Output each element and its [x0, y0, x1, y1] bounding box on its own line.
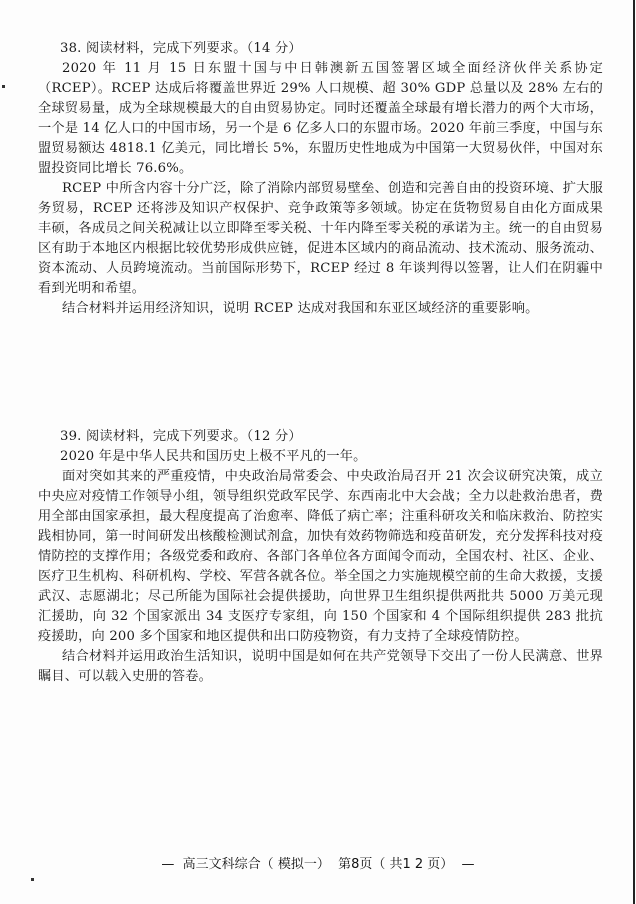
question-38: 38. 阅读材料，完成下列要求。（14 分） 2020 年 11 月 15 日东… — [38, 39, 603, 319]
exam-page: 38. 阅读材料，完成下列要求。（14 分） 2020 年 11 月 15 日东… — [0, 0, 636, 904]
question-39-intro: 2020 年是中华人民共和国历史上极不平凡的一年。 — [38, 447, 603, 467]
question-38-title: 38. 阅读材料，完成下列要求。（14 分） — [38, 39, 603, 59]
scan-edge-line — [633, 0, 635, 904]
scan-speck — [31, 878, 34, 881]
scan-speck — [2, 85, 5, 88]
question-38-prompt: 结合材料并运用经济知识，说明 RCEP 达成对我国和东亚区域经济的重要影响。 — [38, 299, 603, 319]
question-39: 39. 阅读材料，完成下列要求。（12 分） 2020 年是中华人民共和国历史上… — [38, 427, 603, 687]
question-39-title: 39. 阅读材料，完成下列要求。（12 分） — [38, 427, 603, 447]
question-38-paragraph-1: 2020 年 11 月 15 日东盟十国与中日韩澳新五国签署区域全面经济伙伴关系… — [38, 59, 603, 179]
question-38-paragraph-2: RCEP 中所含内容十分广泛，除了消除内部贸易壁垒、创造和完善自由的投资环境、扩… — [38, 179, 603, 299]
question-39-prompt: 结合材料并运用政治生活知识，说明中国是如何在共产党领导下交出了一份人民满意、世界… — [38, 647, 603, 687]
page-footer: — 高三文科综合（ 模拟一） 第8页（ 共1 2 页） — — [0, 853, 636, 872]
question-39-paragraph-1: 面对突如其来的严重疫情，中央政治局常委会、中央政治局召开 21 次会议研究决策，… — [38, 467, 603, 647]
